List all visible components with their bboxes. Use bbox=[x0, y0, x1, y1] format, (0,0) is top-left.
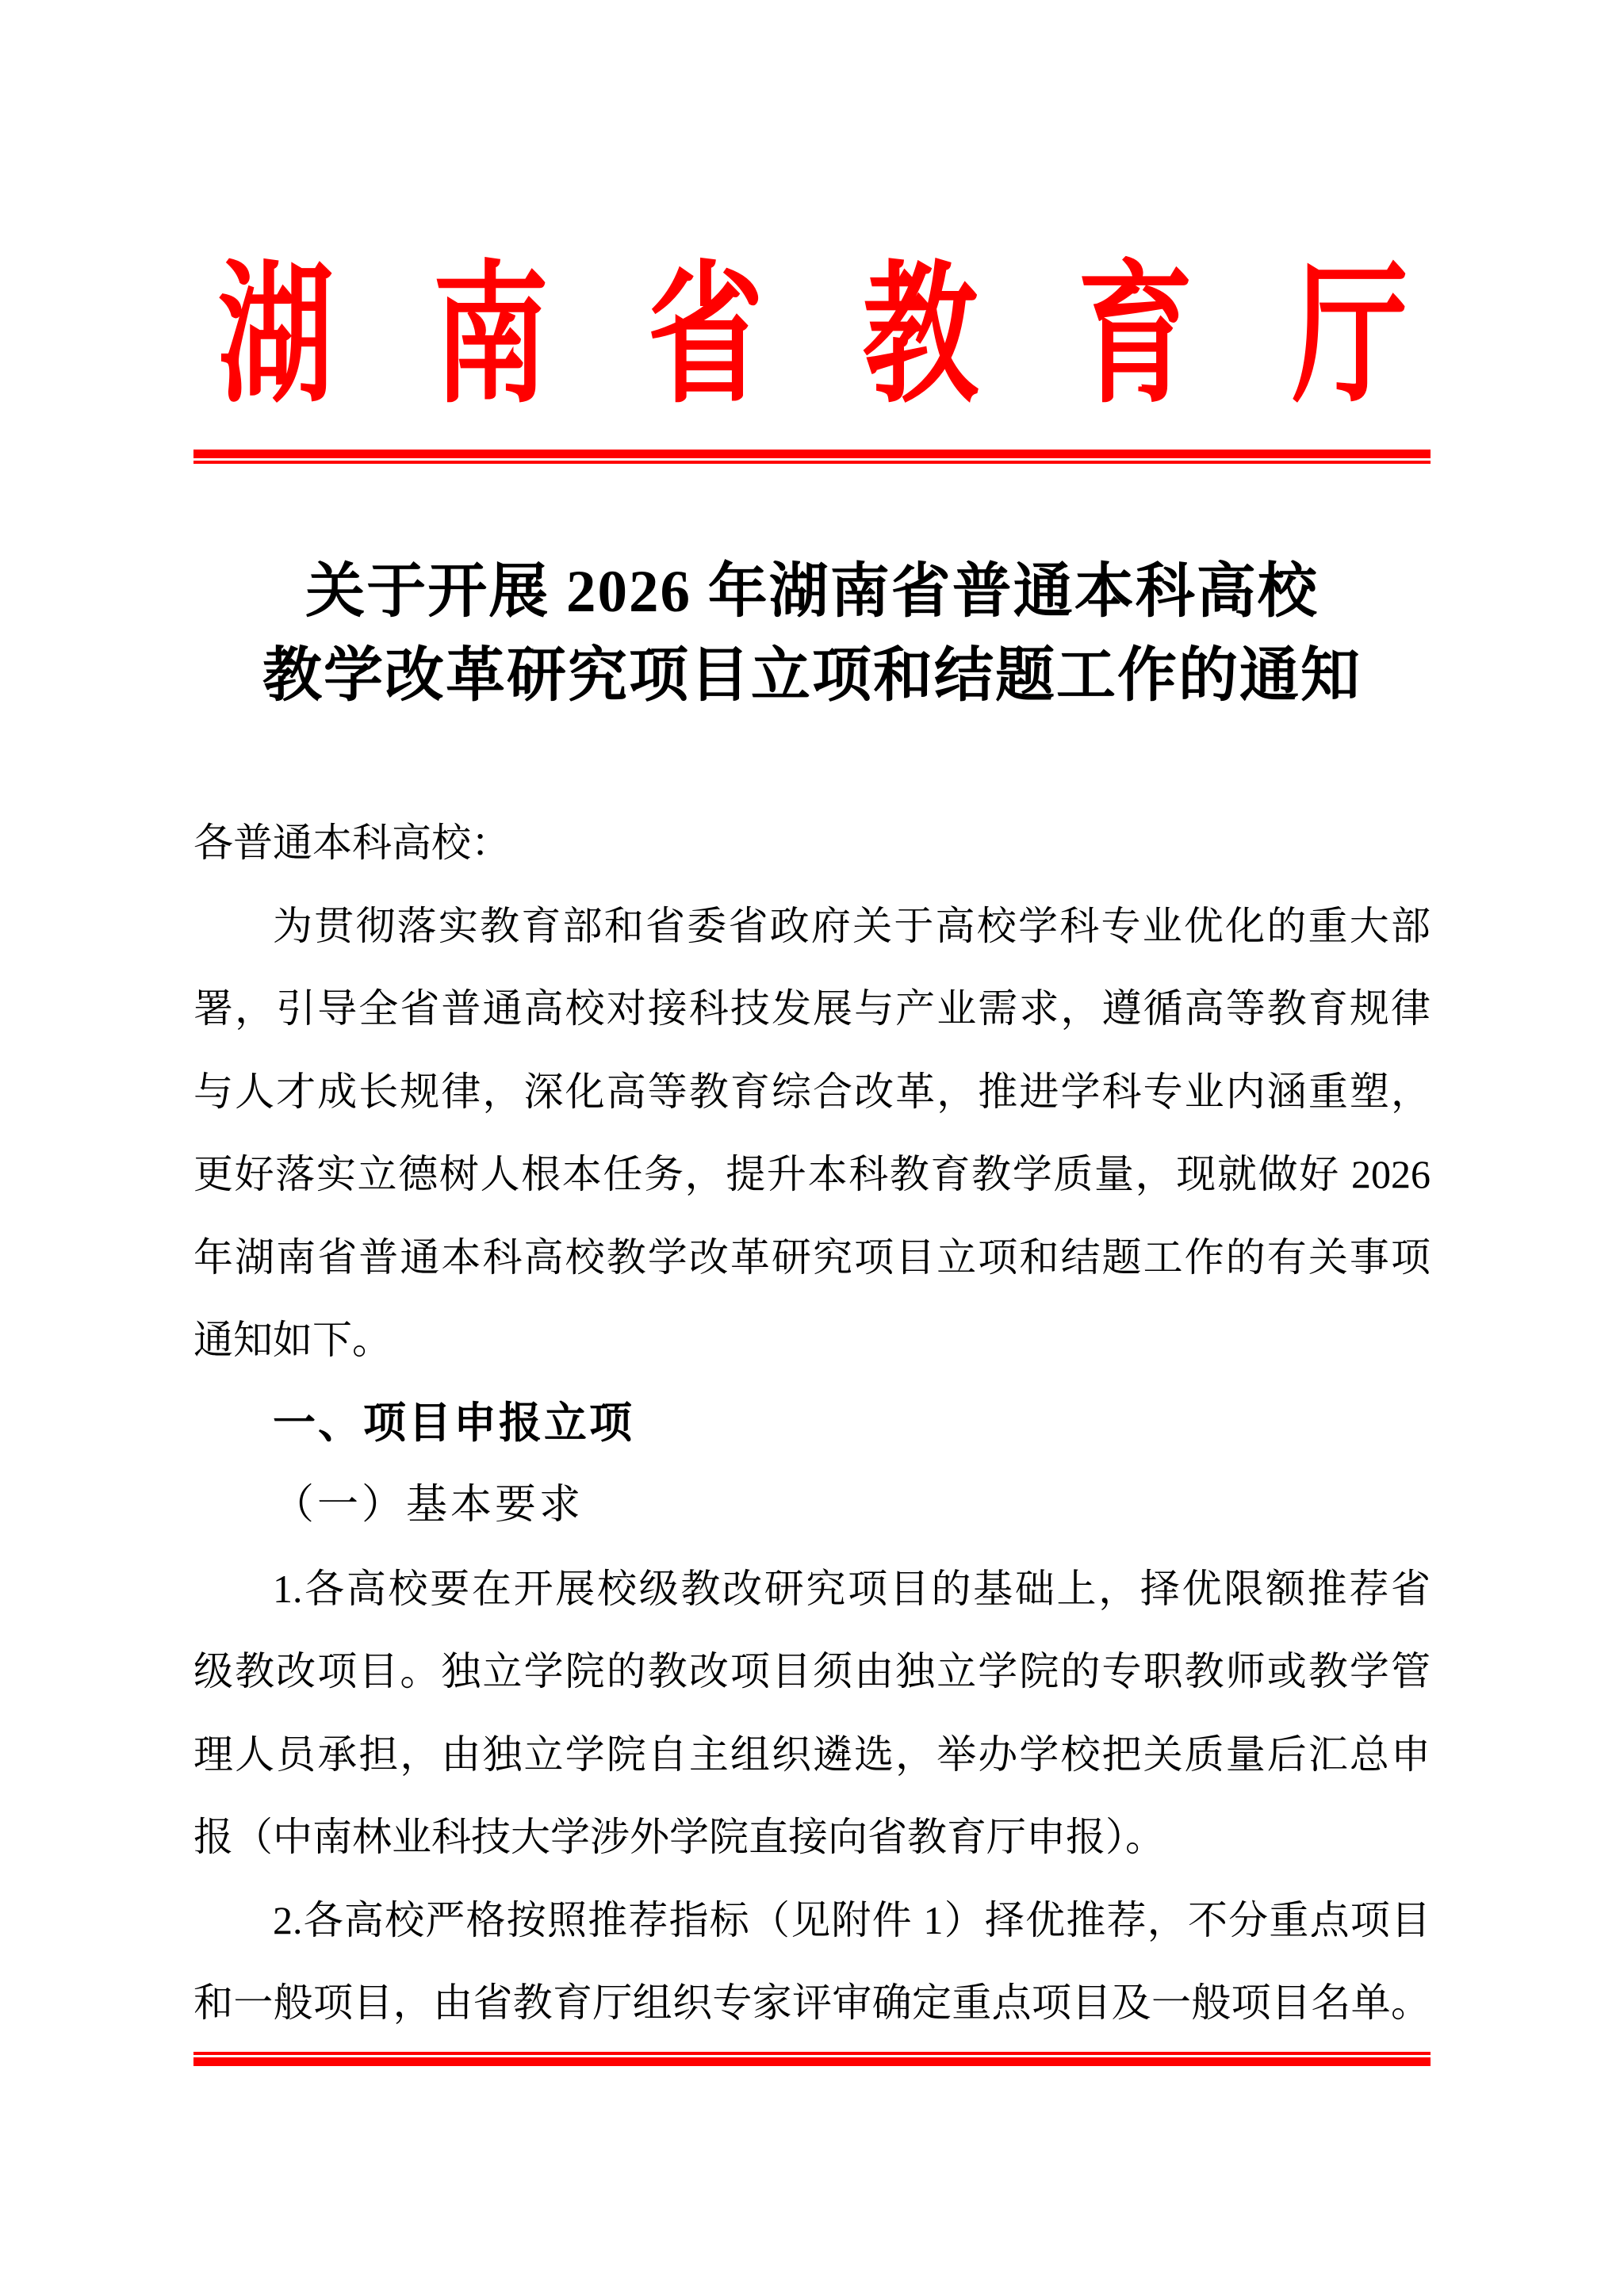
agency-masthead-char: 教 bbox=[862, 262, 976, 412]
agency-masthead-char: 南 bbox=[432, 262, 546, 412]
paragraph-line: 署，引导全省普通高校对接科技发展与产业需求，遵循高等教育规律 bbox=[193, 967, 1431, 1050]
bottom-rule-thin-bar bbox=[193, 2052, 1431, 2055]
paragraph-line: 更好落实立德树人根本任务，提升本科教育教学质量，现就做好 2026 bbox=[193, 1133, 1431, 1216]
agency-masthead-char: 湖 bbox=[217, 262, 331, 412]
subsection-heading: （一）基本要求 bbox=[193, 1464, 1431, 1548]
paragraph-line: 年湖南省普通本科高校教学改革研究项目立项和结题工作的有关事项 bbox=[193, 1216, 1431, 1299]
paragraph-line: 通知如下。 bbox=[193, 1299, 1431, 1382]
paragraph-line: 级教改项目。独立学院的教改项目须由独立学院的专职教师或教学管 bbox=[193, 1630, 1431, 1713]
agency-masthead-char: 厅 bbox=[1292, 262, 1406, 412]
agency-masthead: 湖 南 省 教 育 厅 bbox=[0, 262, 1624, 412]
document-title-line-1: 关于开展 2026 年湖南省普通本科高校 bbox=[193, 550, 1431, 634]
agency-masthead-char: 省 bbox=[647, 262, 761, 412]
bottom-rule-thick-bar bbox=[193, 2057, 1431, 2066]
paragraph-line: 1.各高校要在开展校级教改研究项目的基础上，择优限额推荐省 bbox=[193, 1548, 1431, 1631]
agency-masthead-char: 育 bbox=[1077, 262, 1191, 412]
document-title-line-2: 教学改革研究项目立项和结题工作的通知 bbox=[193, 634, 1431, 718]
salutation-line: 各普通本科高校： bbox=[193, 802, 1431, 885]
section-heading: 一、项目申报立项 bbox=[193, 1382, 1431, 1465]
official-document-page: 湖 南 省 教 育 厅 关于开展 2026 年湖南省普通本科高校 教学改革研究项… bbox=[0, 0, 1624, 2296]
paragraph-line: 和一般项目，由省教育厅组织专家评审确定重点项目及一般项目名单。 bbox=[193, 1961, 1431, 2045]
bottom-double-rule bbox=[193, 2052, 1431, 2066]
paragraph-line: 理人员承担，由独立学院自主组织遴选，举办学校把关质量后汇总申 bbox=[193, 1713, 1431, 1797]
top-rule-thick-bar bbox=[193, 450, 1431, 458]
document-title: 关于开展 2026 年湖南省普通本科高校 教学改革研究项目立项和结题工作的通知 bbox=[193, 550, 1431, 718]
paragraph-line: 报（中南林业科技大学涉外学院直接向省教育厅申报）。 bbox=[193, 1796, 1431, 1879]
top-rule-thin-bar bbox=[193, 461, 1431, 464]
paragraph-line: 2.各高校严格按照推荐指标（见附件 1）择优推荐，不分重点项目 bbox=[193, 1879, 1431, 1962]
paragraph-line: 与人才成长规律，深化高等教育综合改革，推进学科专业内涵重塑， bbox=[193, 1050, 1431, 1134]
paragraph-line: 为贯彻落实教育部和省委省政府关于高校学科专业优化的重大部 bbox=[193, 885, 1431, 968]
top-double-rule bbox=[193, 450, 1431, 464]
document-body: 各普通本科高校： 为贯彻落实教育部和省委省政府关于高校学科专业优化的重大部 署，… bbox=[193, 802, 1431, 2045]
